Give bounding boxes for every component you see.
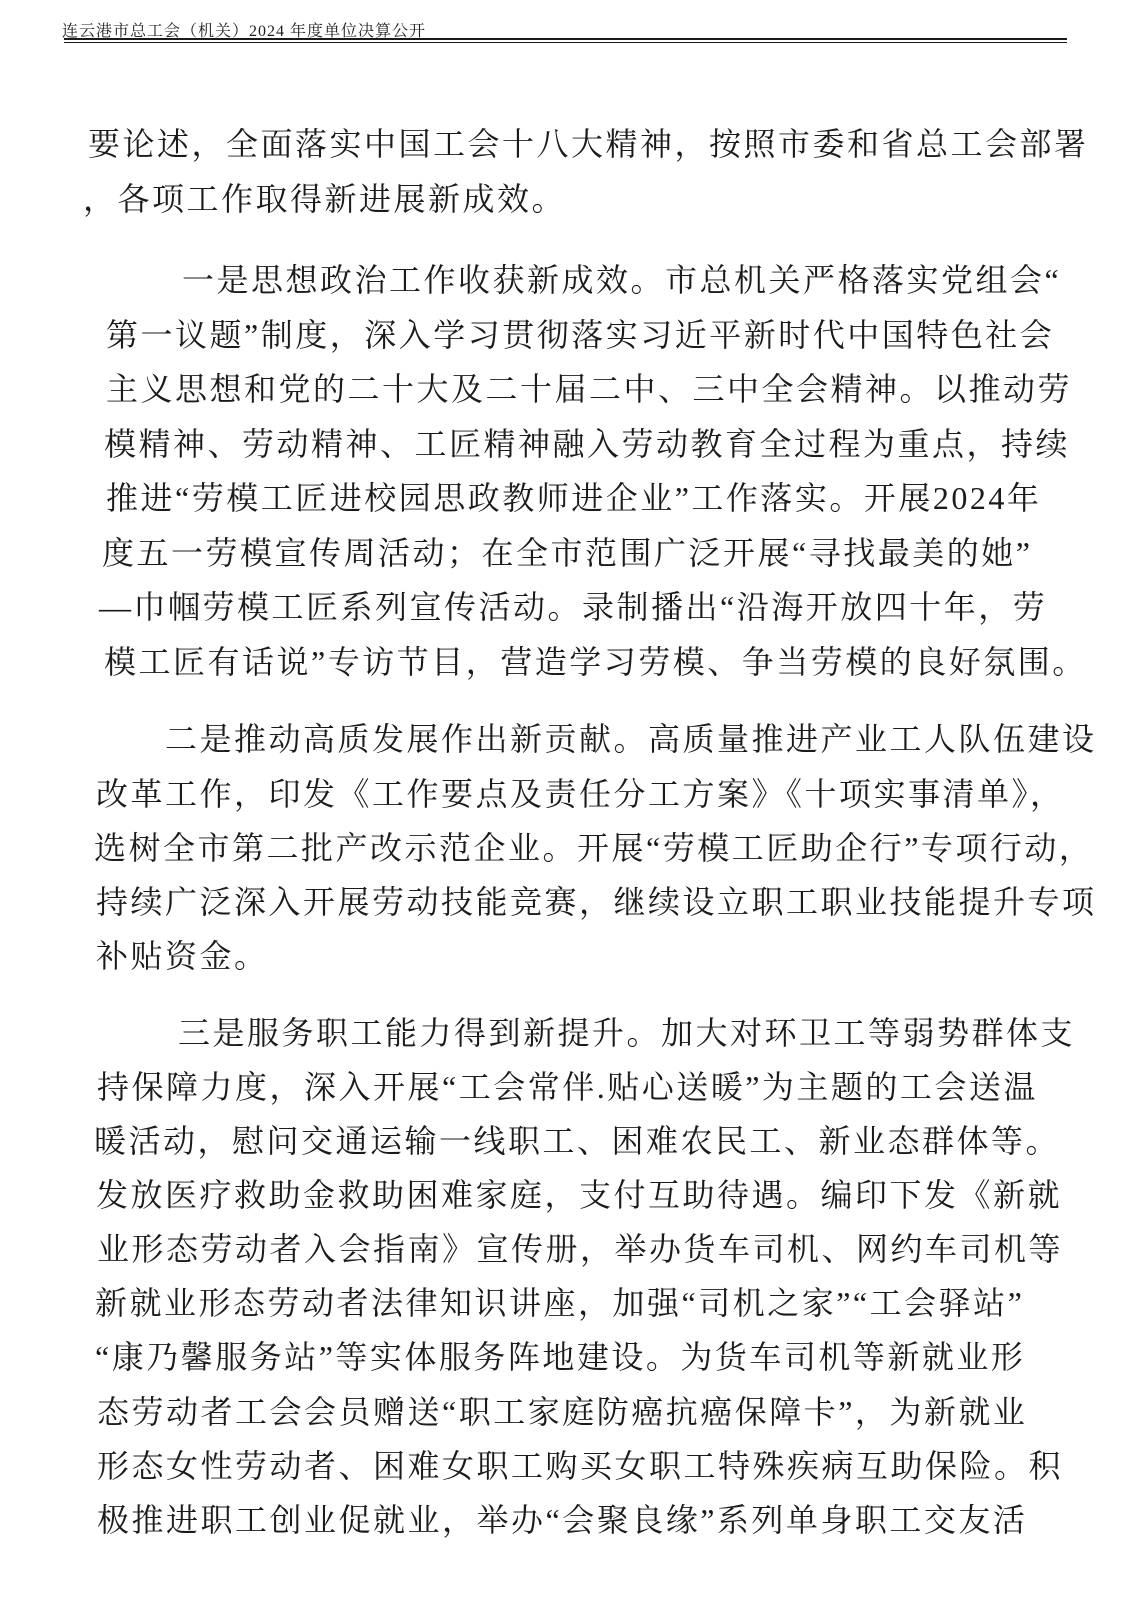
text-line: 态劳动者工会会员赠送“职工家庭防癌抗癌保障卡”，为新就业 [97, 1395, 1027, 1429]
text-line: —巾帼劳模工匠系列宣传活动。录制播出“沿海开放四十年，劳 [99, 590, 1047, 624]
text-line: 发放医疗救助金救助困难家庭，支付互助待遇。编印下发《新就 [96, 1178, 1062, 1212]
text-line: 要论述，全面落实中国工会十八大精神，按照市委和省总工会部署 [88, 127, 1089, 161]
text-line: 暖活动，慰问交通运输一线职工、困难农民工、新业态群体等。 [94, 1124, 1060, 1158]
text-line: 模工匠有话说”专访节目，营造学习劳模、争当劳模的良好氛围。 [104, 645, 1087, 679]
text-line: 选树全市第二批产改示范企业。开展“劳模工匠助企行”专项行动， [94, 831, 1093, 865]
text-line: “康乃馨服务站”等实体服务阵地建设。为货车司机等新就业形 [95, 1340, 1025, 1374]
text-line: 二是推动高质发展作出新贡献。高质量推进产业工人队伍建设 [165, 722, 1097, 756]
text-line: 三是服务职工能力得到新提升。加大对环卫工等弱势群体支 [178, 1016, 1075, 1050]
text-line: 形态女性劳动者、困难女职工购买女职工特殊疾病互助保险。积 [97, 1449, 1063, 1483]
document-page: 连云港市总工会（机关）2024 年度单位决算公开 要论述，全面落实中国工会十八大… [0, 0, 1131, 1600]
text-line: 主义思想和党的二十大及二十届二中、三中全会精神。以推动劳 [106, 372, 1072, 406]
text-line: 极推进职工创业促就业，举办“会聚良缘”系列单身职工交友活 [97, 1503, 1027, 1537]
text-line: 一是思想政治工作收获新成效。市总机关严格落实党组会“ [182, 263, 1061, 297]
text-line: 持续广泛深入开展劳动技能竞赛，继续设立职工职业技能提升专项 [96, 885, 1097, 919]
header-double-rule [64, 38, 1067, 43]
text-line: ，各项工作取得新进展新成效。 [83, 182, 566, 216]
text-line: 新就业形态劳动者法律知识讲座，加强“司机之家”“工会驿站” [95, 1286, 1024, 1320]
text-line: 度五一劳模宣传周活动；在全市范围广泛开展“寻找最美的她” [102, 536, 1032, 570]
text-line: 补贴资金。 [96, 939, 269, 973]
text-line: 第一议题”制度，深入学习贯彻落实习近平新时代中国特色社会 [106, 318, 1054, 352]
text-line: 业形态劳动者入会指南》宣传册，举办货车司机、网约车司机等 [97, 1232, 1063, 1266]
text-line: 改革工作，印发《工作要点及责任分工方案》《十项实事清单》， [96, 777, 1065, 811]
text-line: 模精神、劳动精神、工匠精神融入劳动教育全过程为重点，持续 [104, 427, 1070, 461]
text-line: 持保障力度，深入开展“工会常伴.贴心送暖”为主题的工会送温 [97, 1070, 1038, 1104]
text-line: 推进“劳模工匠进校园思政教师进企业”工作落实。开展2024年 [106, 481, 1041, 515]
